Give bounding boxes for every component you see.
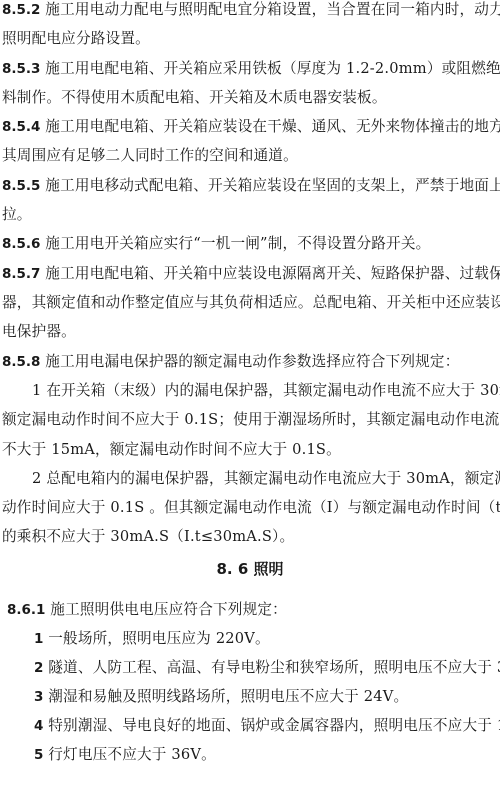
- text-line: 料制作。不得使用木质配电箱、开关箱及木质电器安装板。: [2, 88, 387, 108]
- clause-number: 8.5.4: [2, 119, 40, 135]
- text-line: 照明配电应分路设置。: [2, 29, 150, 49]
- text-line: 动作时间应大于 0.1S 。但其额定漏电动作电流（I）与额定漏电动作时间（t）: [2, 498, 500, 518]
- clause-line: 8.5.8 施工用电漏电保护器的额定漏电动作参数选择应符合下列规定：: [2, 352, 460, 372]
- clause-text: 其周围应有足够二人同时工作的空间和通道。: [2, 147, 298, 164]
- clause-line: 8.5.2 施工用电动力配电与照明配电宜分箱设置，当合置在同一箱内时，动力与: [2, 0, 500, 20]
- clause-text: 施工用电配电箱、开关箱中应装设电源隔离开关、短路保护器、过载保护: [40, 265, 500, 282]
- clause-text: 施工用电配电箱、开关箱应采用铁板（厚度为 1.2-2.0mm）或阻燃绝缘材: [40, 60, 500, 77]
- clause-text: 料制作。不得使用木质配电箱、开关箱及木质电器安装板。: [2, 89, 387, 106]
- clause-line: 8.5.7 施工用电配电箱、开关箱中应装设电源隔离开关、短路保护器、过载保护: [2, 264, 500, 284]
- text-line: 额定漏电动作时间不应大于 0.1S；使用于潮湿场所时，其额定漏电动作电流应: [2, 410, 500, 430]
- clause-number: 8.5.5: [2, 178, 40, 194]
- section-heading: 8. 6 照明: [0, 559, 500, 579]
- clause-text: 2 总配电箱内的漏电保护器，其额定漏电动作电流应大于 30mA，额定漏电: [32, 470, 500, 487]
- clause-text: 的乘积不应大于 30mA.S（I.t≤30mA.S）。: [2, 528, 294, 545]
- clause-number: 8.5.8: [2, 354, 40, 370]
- clause-text: 器，其额定值和动作整定值应与其负荷相适应。总配电箱、开关柜中还应装设漏: [2, 294, 500, 311]
- clause-text: 拉。: [2, 206, 32, 223]
- text-line: 的乘积不应大于 30mA.S（I.t≤30mA.S）。: [2, 527, 294, 547]
- clause-text: 电保护器。: [2, 323, 76, 340]
- text-line: 器，其额定值和动作整定值应与其负荷相适应。总配电箱、开关柜中还应装设漏: [2, 293, 500, 313]
- clause-text: 照明配电应分路设置。: [2, 30, 150, 47]
- clause-number: 8.5.3: [2, 61, 40, 77]
- clause-text: 1 在开关箱（末级）内的漏电保护器，其额定漏电动作电流不应大于 30mA，: [32, 382, 500, 399]
- clause-text: 额定漏电动作时间不应大于 0.1S；使用于潮湿场所时，其额定漏电动作电流应: [2, 411, 500, 428]
- clause-line: 8.5.6 施工用电开关箱应实行“一机一闸”制，不得设置分路开关。: [2, 234, 430, 254]
- clause-text: 特别潮湿、导电良好的地面、锅炉或金属容器内，照明电压不应大于 12V。: [43, 717, 500, 734]
- clause-number: 1: [34, 631, 43, 647]
- clause-text: 施工用电移动式配电箱、开关箱应装设在坚固的支架上，严禁于地面上拖: [40, 177, 500, 194]
- clause-text: 施工用电漏电保护器的额定漏电动作参数选择应符合下列规定：: [40, 353, 459, 370]
- clause-number: 8.5.7: [2, 266, 40, 282]
- clause-text: 行灯电压不应大于 36V。: [43, 746, 216, 763]
- text-line: 1 在开关箱（末级）内的漏电保护器，其额定漏电动作电流不应大于 30mA，: [32, 381, 500, 401]
- clause-number: 2: [34, 660, 43, 676]
- clause-line: 8.5.4 施工用电配电箱、开关箱应装设在干燥、通风、无外来物体撞击的地方，: [2, 117, 500, 137]
- text-line: 其周围应有足够二人同时工作的空间和通道。: [2, 146, 298, 166]
- clause-text: 施工用电开关箱应实行“一机一闸”制，不得设置分路开关。: [40, 235, 430, 252]
- clause-number: 3: [34, 689, 43, 705]
- clause-text: 施工用电动力配电与照明配电宜分箱设置，当合置在同一箱内时，动力与: [40, 1, 500, 18]
- clause-text: 施工照明供电电压应符合下列规定：: [45, 601, 287, 618]
- text-line: 不大于 15mA，额定漏电动作时间不应大于 0.1S。: [2, 440, 341, 460]
- document-page: 8. 6 照明 8.5.2 施工用电动力配电与照明配电宜分箱设置，当合置在同一箱…: [0, 0, 500, 788]
- clause-line: 3 潮湿和易触及照明线路场所，照明电压不应大于 24V。: [34, 687, 408, 707]
- clause-line: 5 行灯电压不应大于 36V。: [34, 745, 216, 765]
- clause-number: 8.5.6: [2, 236, 40, 252]
- clause-text: 隧道、人防工程、高温、有导电粉尘和狭窄场所，照明电压不应大于 36V。: [43, 659, 500, 676]
- clause-line: 2 隧道、人防工程、高温、有导电粉尘和狭窄场所，照明电压不应大于 36V。: [34, 658, 500, 678]
- clause-number: 4: [34, 718, 43, 734]
- clause-text: 动作时间应大于 0.1S 。但其额定漏电动作电流（I）与额定漏电动作时间（t）: [2, 499, 500, 516]
- clause-line: 8.6.1 施工照明供电电压应符合下列规定：: [7, 600, 287, 620]
- clause-line: 1 一般场所，照明电压应为 220V。: [34, 629, 270, 649]
- clause-text: 潮湿和易触及照明线路场所，照明电压不应大于 24V。: [43, 688, 408, 705]
- text-line: 拉。: [2, 205, 32, 225]
- text-line: 电保护器。: [2, 322, 76, 342]
- clause-text: 施工用电配电箱、开关箱应装设在干燥、通风、无外来物体撞击的地方，: [40, 118, 500, 135]
- clause-number: 5: [34, 747, 43, 763]
- clause-number: 8.6.1: [7, 602, 45, 618]
- clause-line: 4 特别潮湿、导电良好的地面、锅炉或金属容器内，照明电压不应大于 12V。: [34, 716, 500, 736]
- clause-line: 8.5.5 施工用电移动式配电箱、开关箱应装设在坚固的支架上，严禁于地面上拖: [2, 176, 500, 196]
- clause-line: 8.5.3 施工用电配电箱、开关箱应采用铁板（厚度为 1.2-2.0mm）或阻燃…: [2, 59, 500, 79]
- clause-number: 8.5.2: [2, 2, 40, 18]
- clause-text: 一般场所，照明电压应为 220V。: [43, 630, 269, 647]
- clause-text: 不大于 15mA，额定漏电动作时间不应大于 0.1S。: [2, 441, 341, 458]
- text-line: 2 总配电箱内的漏电保护器，其额定漏电动作电流应大于 30mA，额定漏电: [32, 469, 500, 489]
